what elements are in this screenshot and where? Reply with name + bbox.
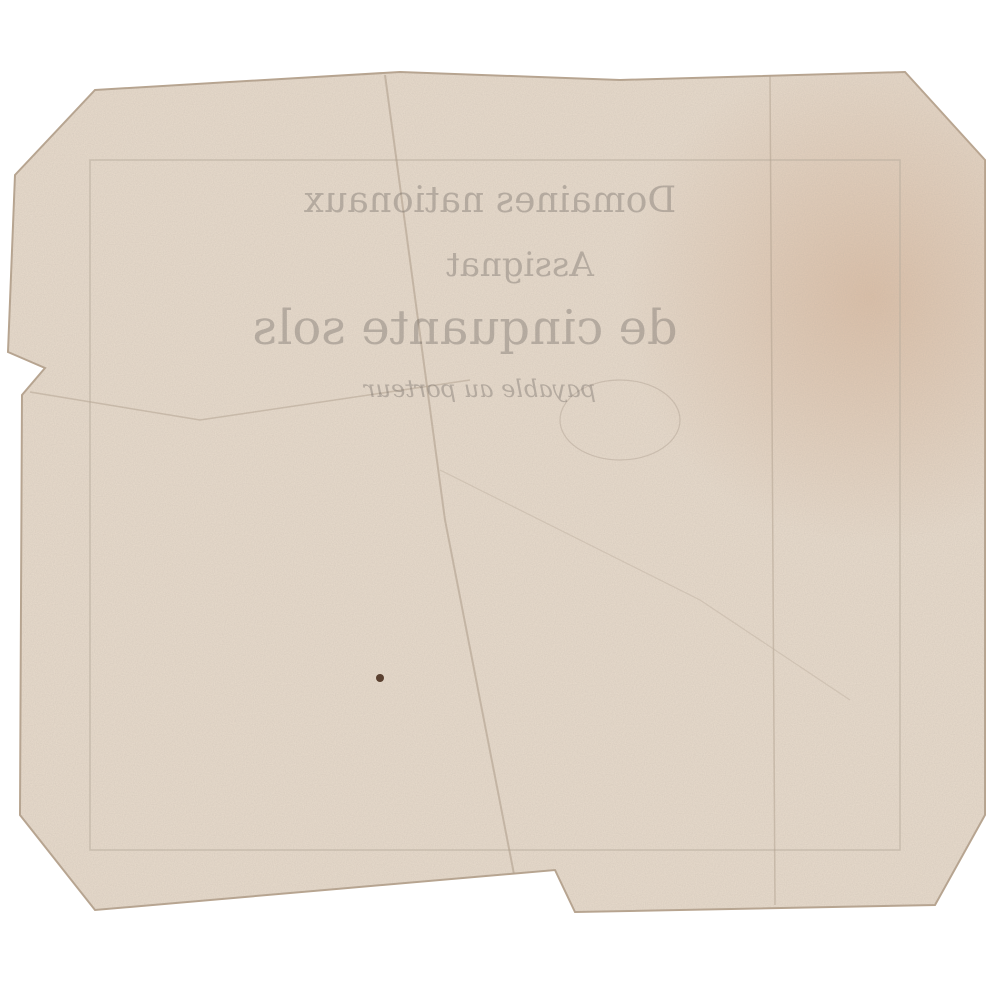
mirrored-line-1: Domaines nationaux <box>160 180 820 221</box>
mirrored-line-2: Assignat <box>420 245 620 285</box>
mirrored-line-3: de cinquante sols <box>140 300 790 356</box>
show-through-text: Domaines nationaux Assignat de cinquante… <box>0 0 989 989</box>
mirrored-line-4: payable au porteur <box>230 375 730 403</box>
